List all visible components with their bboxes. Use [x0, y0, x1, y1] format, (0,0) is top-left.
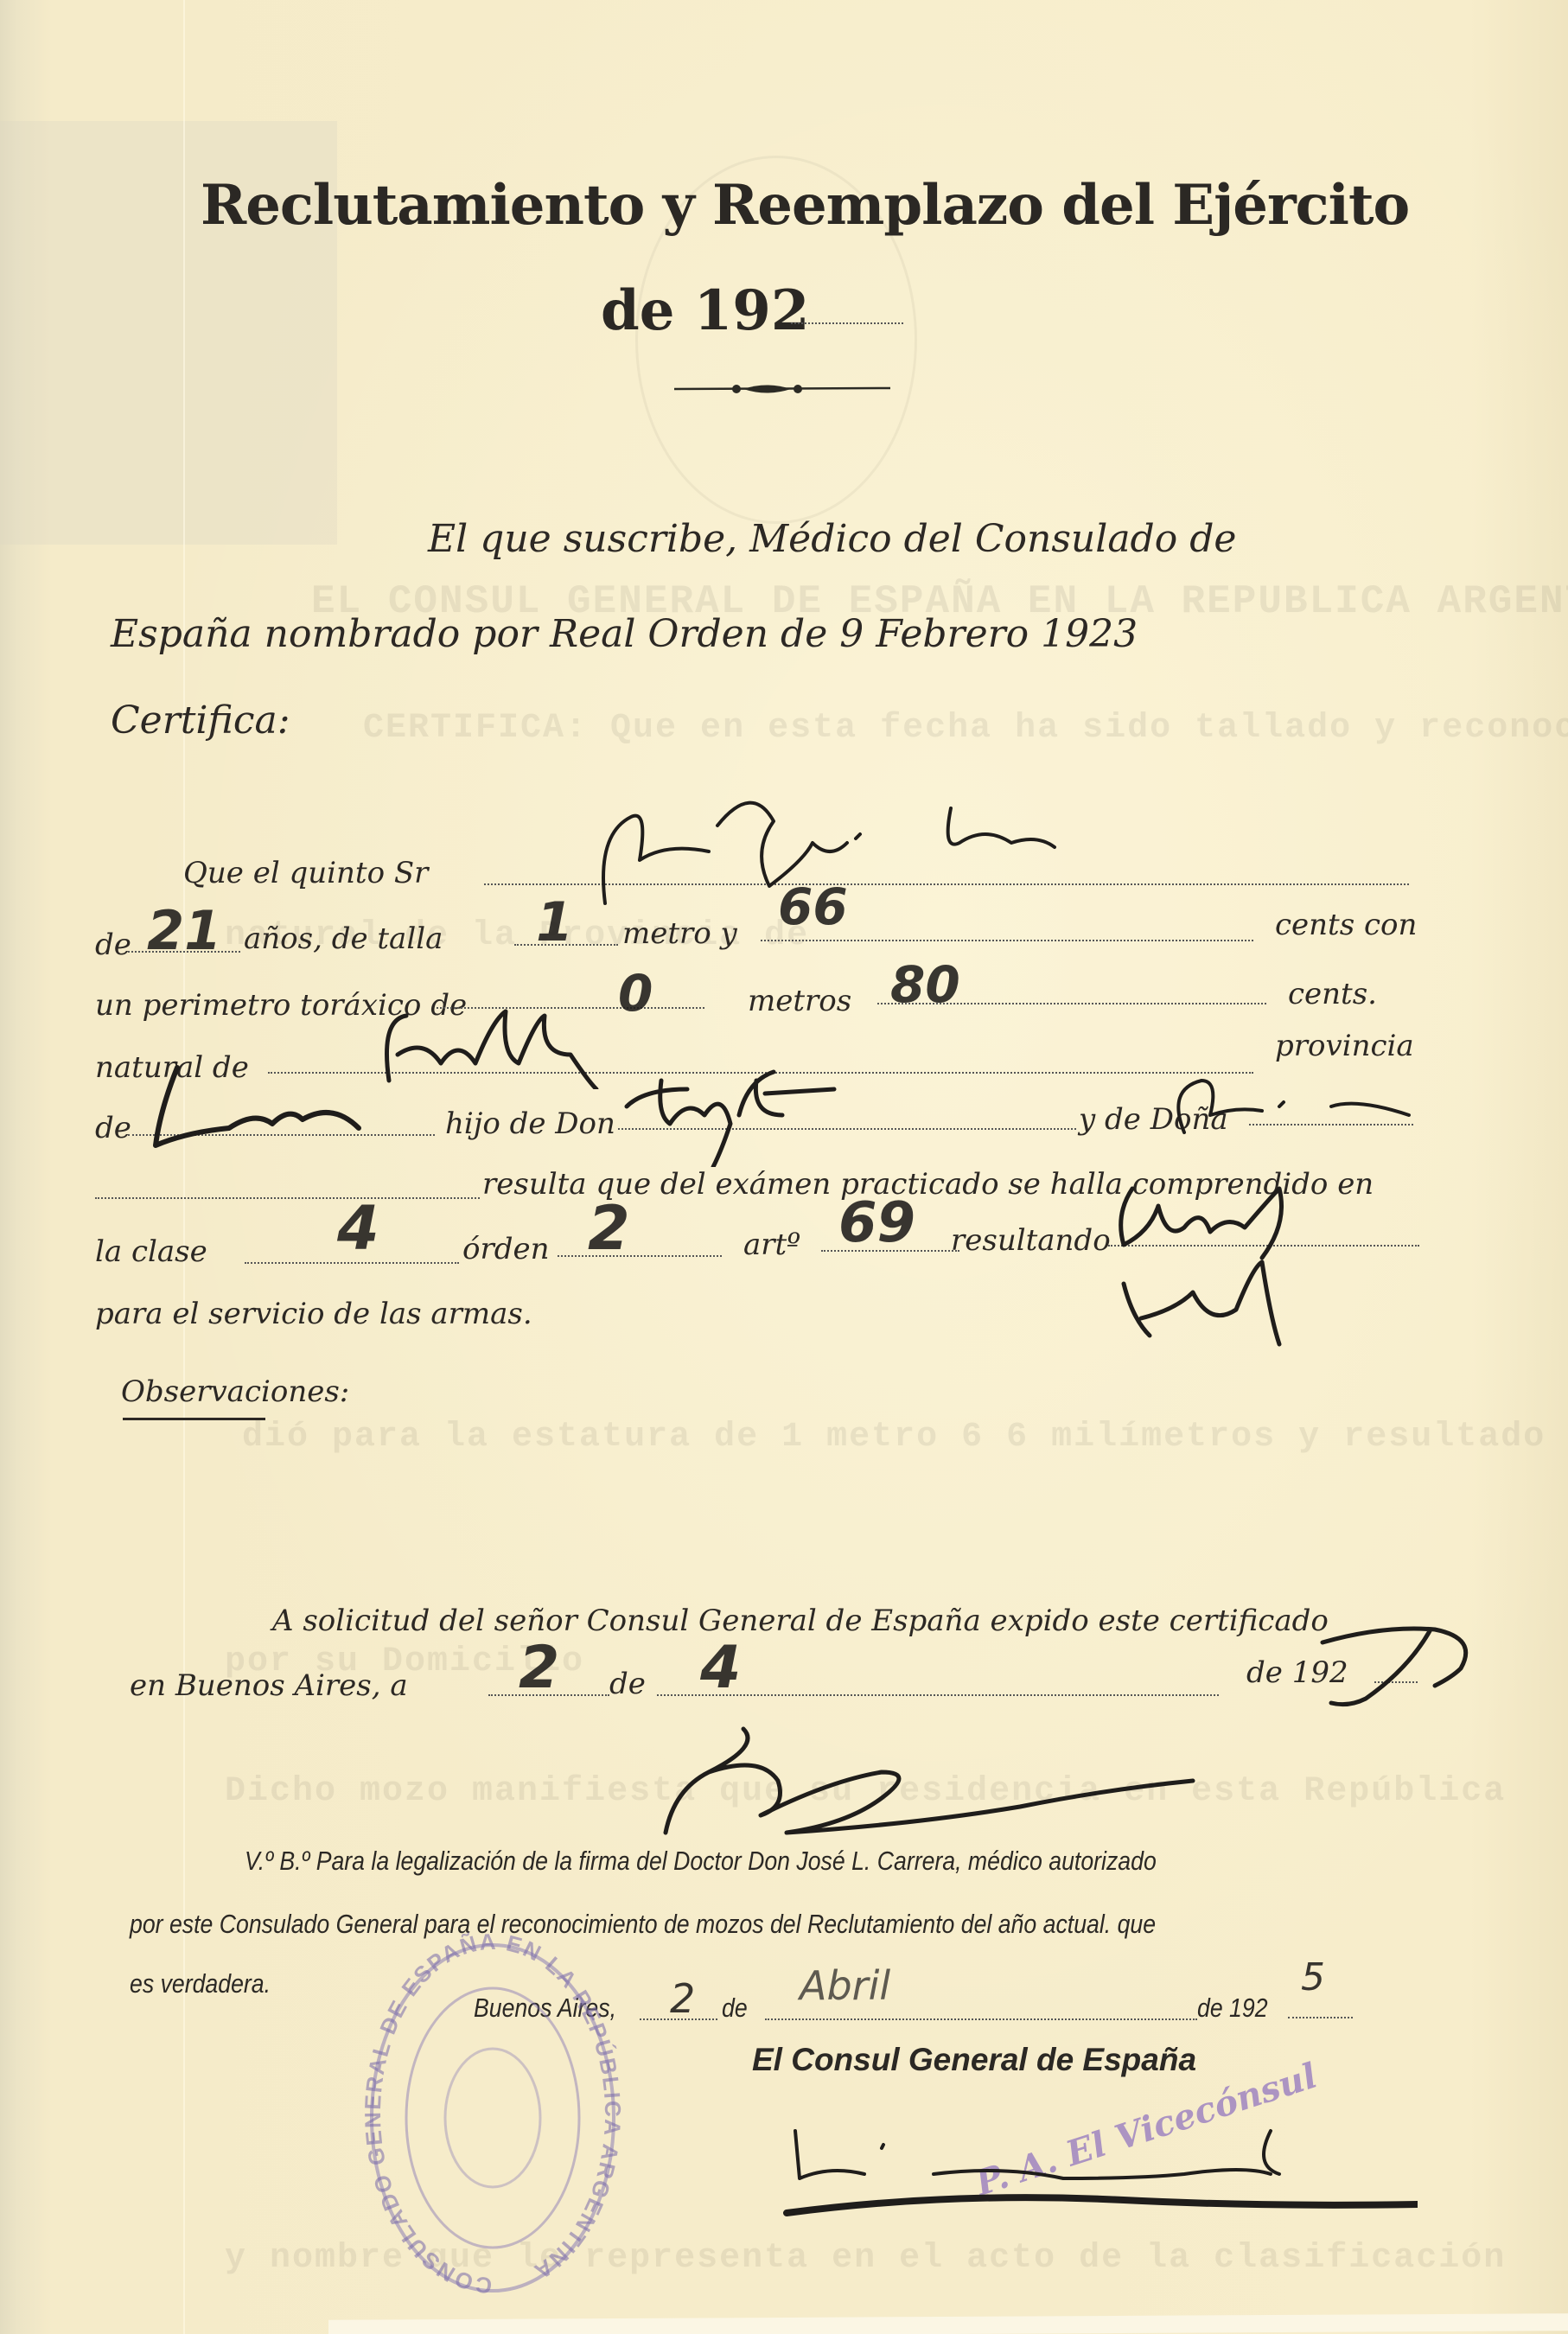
- handwritten-legal-year: 5: [1301, 1955, 1325, 1999]
- handwritten-perimetro-cents: 80: [890, 955, 960, 1014]
- field-orden[interactable]: [558, 1255, 722, 1257]
- intro-line-2: España nombrado por Real Orden de 9 Febr…: [111, 612, 1138, 656]
- handwritten-padre: [609, 1055, 869, 1167]
- consul-general-title: El Consul General de España: [752, 2042, 1196, 2078]
- doctor-signature: [657, 1720, 1245, 1841]
- label-art: artº: [743, 1228, 800, 1262]
- legalization-line-2: por este Consulado General para el recon…: [130, 1909, 1156, 1940]
- field-legal-year[interactable]: [1288, 2017, 1353, 2018]
- consulate-seal: CONSULADO GENERAL DE ESPAÑA EN LA REPÚBL…: [363, 1932, 622, 2304]
- consul-signature: [778, 2114, 1418, 2217]
- handwritten-legal-month: Abril: [800, 1962, 890, 2009]
- field-talla-cents[interactable]: [761, 940, 1253, 941]
- label-orden: órden: [462, 1232, 550, 1266]
- intro-line-1: El que suscribe, Médico del Consulado de: [428, 517, 1236, 561]
- label-metro: metro y: [622, 916, 737, 951]
- handwritten-resultando: [1106, 1180, 1383, 1353]
- label-clase: la clase: [95, 1234, 207, 1269]
- label-cents-con: cents con: [1275, 908, 1417, 942]
- label-edad-suffix: años, de talla: [244, 921, 443, 956]
- label-resultando: resultando: [951, 1223, 1111, 1258]
- observaciones-underline: [123, 1418, 265, 1420]
- handwritten-issue-year: [1314, 1617, 1487, 1712]
- show-through-text: CERTIFICA: Que en esta fecha ha sido tal…: [363, 709, 1568, 748]
- handwritten-issue-day: 2: [519, 1634, 559, 1702]
- label-cents: cents.: [1288, 977, 1377, 1011]
- issue-city: en Buenos Aires, a: [130, 1668, 408, 1703]
- label-observaciones: Observaciones:: [121, 1374, 349, 1409]
- intro-certifica: Certifica:: [111, 698, 290, 743]
- handwritten-talla-metro: 1: [536, 890, 573, 953]
- field-examen[interactable]: [95, 1197, 480, 1199]
- field-legal-month[interactable]: [765, 2018, 1197, 2020]
- handwritten-orden: 2: [588, 1193, 630, 1264]
- handwritten-natural-de: [363, 1003, 640, 1089]
- label-provincia-de: de: [95, 1111, 131, 1145]
- field-issue-month[interactable]: [657, 1694, 1219, 1696]
- handwritten-edad: 21: [147, 899, 221, 962]
- legalization-de: de: [722, 1993, 748, 2024]
- handwritten-provincia: [134, 1059, 393, 1154]
- ornamental-divider: [674, 380, 890, 398]
- label-metros: metros: [748, 984, 851, 1018]
- title-year-blank: [791, 322, 903, 324]
- issue-de: de: [609, 1667, 646, 1701]
- show-through-text: dió para la estatura de 1 metro 6 6 milí…: [242, 1418, 1546, 1457]
- handwritten-issue-month: 4: [700, 1634, 741, 1702]
- handwritten-talla-cents: 66: [778, 877, 848, 936]
- handwritten-madre: [1158, 1072, 1418, 1141]
- handwritten-art: 69: [838, 1191, 915, 1255]
- title-year: de 192: [601, 278, 809, 343]
- legalization-year-prefix: de 192: [1197, 1993, 1268, 2024]
- legalization-line-1: V.º B.º Para la legalización de la firma…: [245, 1846, 1157, 1877]
- label-quinto: Que el quinto Sr: [183, 856, 428, 890]
- handwritten-legal-day: 2: [670, 1975, 695, 2022]
- label-servicio: para el servicio de las armas.: [95, 1297, 532, 1331]
- label-provincia: provincia: [1275, 1029, 1414, 1063]
- legalization-line-3: es verdadera.: [130, 1968, 271, 1999]
- handwritten-nombre: [588, 782, 1245, 912]
- issue-line-1: A solicitud del señor Consul General de …: [272, 1604, 1329, 1638]
- label-hijo-don: hijo de Don: [445, 1106, 615, 1141]
- document-title: Reclutamiento y Reemplazo del Ejército: [201, 173, 1409, 238]
- handwritten-clase: 4: [337, 1193, 379, 1264]
- label-edad-prefix: de: [95, 928, 131, 962]
